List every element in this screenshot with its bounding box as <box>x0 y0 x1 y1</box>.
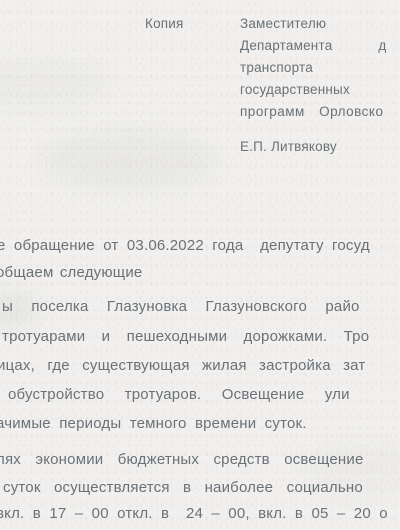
body-line: вкл. в 17 – 00 откл. в 24 – 00, вкл. в 0… <box>0 505 388 522</box>
body-line: общаем следующие <box>0 264 142 281</box>
addressee-line: Заместителю <box>240 16 326 31</box>
scan-noise-smudge <box>0 60 110 110</box>
body-line: ы поселка Глазуновка Глазуновского райо <box>2 298 360 315</box>
body-line: тротуарами и пешеходными дорожками. Тро <box>2 328 369 345</box>
addressee-line: Департамента д <box>240 38 386 53</box>
addressee-line: государственных <box>240 82 350 97</box>
addressee-line: транспорта <box>240 60 313 75</box>
body-line: ицах, где существующая жилая застройка з… <box>0 357 365 374</box>
copy-label: Копия <box>145 16 184 31</box>
scanned-document-page: Копия Заместителю Департамента д транспо… <box>0 0 400 530</box>
addressee-name: Е.П. Литвякову <box>240 139 337 154</box>
body-line: лях экономии бюджетных средств освещение <box>0 451 364 468</box>
body-line: суток осуществляется в наиболее социальн… <box>3 479 363 496</box>
addressee-line: программ Орловско <box>240 104 384 119</box>
scan-noise-smudge <box>40 130 220 190</box>
body-line: ачимые периоды темного времени суток. <box>0 415 307 432</box>
body-line: обустройство тротуаров. Освещение ули <box>8 386 350 403</box>
body-line: е обращение от 03.06.2022 года депутату … <box>0 237 370 254</box>
